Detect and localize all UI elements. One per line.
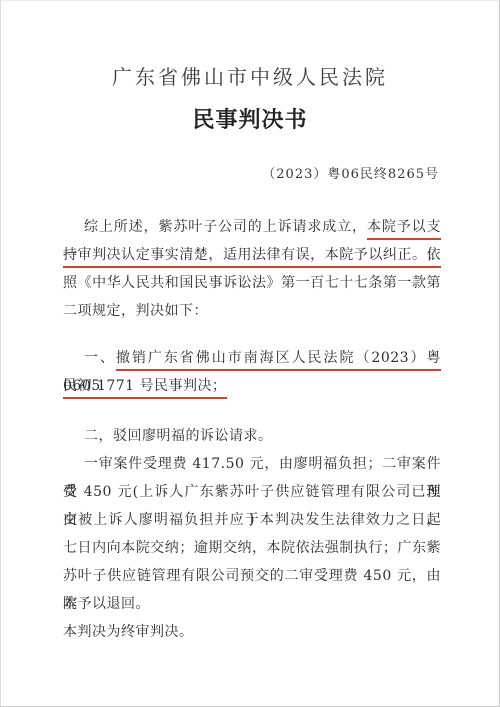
text-segment: 综上所述，紫苏叶子公司的上诉请求成立，	[84, 219, 367, 235]
judgment-document-page: 广东省佛山市中级人民法院 民事判决书 （2023）粤06民终8265号 综上所述…	[0, 0, 500, 707]
paragraph1-line2: 一审判决认定事实清楚，适用法律有误，本院予以纠正。依	[63, 241, 441, 269]
fees-paragraph-line4: 七日内向本院交纳；逾期交纳，本院依法强制执行；广东紫	[63, 534, 441, 562]
text-segment: 。依	[412, 247, 441, 263]
judgment-body: 综上所述，紫苏叶子公司的上诉请求成立，本院予以支持； 一审判决认定事实清楚，适用…	[63, 213, 441, 646]
section-gap	[63, 400, 441, 422]
red-underlined-text: 民初 1771 号民事判决；	[63, 378, 227, 399]
paragraph1-line1: 综上所述，紫苏叶子公司的上诉请求成立，本院予以支持；	[63, 213, 441, 241]
ruling-item1-line2: 民初 1771 号民事判决；	[63, 372, 441, 400]
ruling-item1-line1: 一、撤销广东省佛山市南海区人民法院（2023）粤 0605	[63, 344, 441, 372]
fees-paragraph-line1: 一审案件受理费 417.50 元，由廖明福负担；二审案件受理	[63, 450, 441, 478]
closing-statement: 本判决为终审判决。	[63, 618, 441, 646]
item-number: 一、	[84, 350, 116, 366]
fees-paragraph-line3: 由被上诉人廖明福负担并应于本判决发生法律效力之日起	[63, 506, 441, 534]
red-underlined-text: 一审判决认定事实清楚，适用法律有误，本院予以纠正	[63, 247, 412, 268]
fees-paragraph-line2: 费 450 元(上诉人广东紫苏叶子供应链管理有限公司已预交)，	[63, 478, 441, 506]
paragraph1-line4: 二项规定，判决如下：	[63, 297, 441, 325]
document-type-title: 民事判决书	[1, 103, 499, 134]
section-gap	[63, 325, 441, 344]
court-name-title: 广东省佛山市中级人民法院	[1, 61, 499, 90]
ruling-item2: 二，驳回廖明福的诉讼请求。	[63, 422, 441, 450]
paragraph1-line3: 照《中华人民共和国民事诉讼法》第一百七十七条第一款第	[63, 269, 441, 297]
case-number: （2023）粤06民终8265号	[1, 163, 499, 182]
fees-paragraph-line5: 苏叶子供应链管理有限公司预交的二审受理费 450 元，由本	[63, 562, 441, 590]
fees-paragraph-line6: 院予以退回。	[63, 590, 441, 618]
